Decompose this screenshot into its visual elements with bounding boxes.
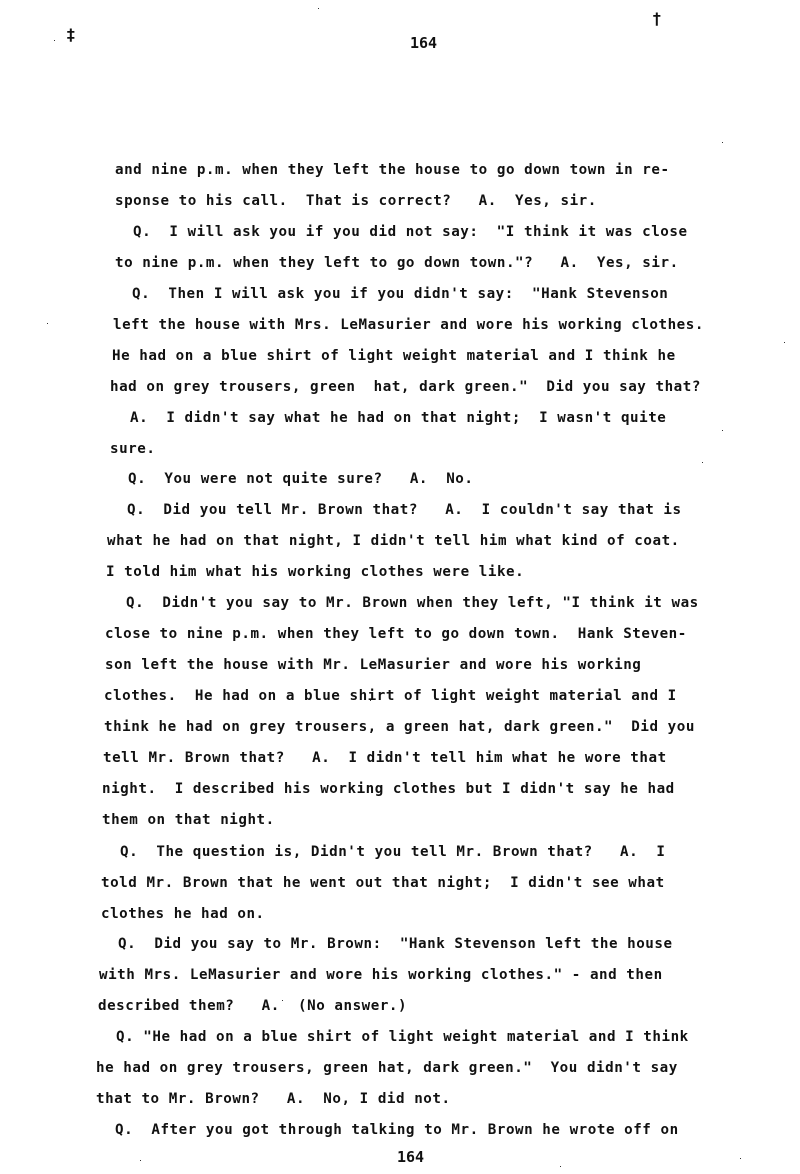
transcript-line: described them? A. (No answer.) <box>98 997 407 1015</box>
scan-speck <box>54 40 55 41</box>
transcript-line: Q. After you got through talking to Mr. … <box>115 1121 679 1139</box>
transcript-line: Q. Didn't you say to Mr. Brown when they… <box>126 594 699 612</box>
transcript-line: that to Mr. Brown? A. No, I did not. <box>96 1090 451 1108</box>
transcript-line: clothes he had on. <box>101 905 265 923</box>
scan-speck <box>722 142 723 143</box>
transcript-line: had on grey trousers, green hat, dark gr… <box>110 378 701 396</box>
scan-speck <box>47 323 48 324</box>
transcript-page: ‡ † 164 and nine p.m. when they left the… <box>0 0 800 1174</box>
transcript-line: He had on a blue shirt of light weight m… <box>112 347 676 365</box>
transcript-line: A. I didn't say what he had on that nigh… <box>130 409 666 427</box>
transcript-line: night. I described his working clothes b… <box>102 780 675 798</box>
transcript-line: Q. "He had on a blue shirt of light weig… <box>116 1028 689 1046</box>
transcript-line: them on that night. <box>102 811 275 829</box>
transcript-line: think he had on grey trousers, a green h… <box>104 718 695 736</box>
transcript-line: sponse to his call. That is correct? A. … <box>115 192 597 210</box>
scan-speck <box>370 700 371 701</box>
margin-mark-right-icon: † <box>652 11 662 27</box>
transcript-line: he had on grey trousers, green hat, dark… <box>96 1059 678 1077</box>
page-number-top: 164 <box>410 34 437 52</box>
scan-speck <box>282 1000 283 1001</box>
scan-speck <box>560 1166 561 1167</box>
transcript-line: I told him what his working clothes were… <box>106 563 524 581</box>
transcript-line: Q. I will ask you if you did not say: "I… <box>133 223 688 241</box>
transcript-line: sure. <box>110 440 155 458</box>
transcript-line: and nine p.m. when they left the house t… <box>115 161 670 179</box>
transcript-line: clothes. He had on a blue shirt of light… <box>104 687 677 705</box>
transcript-line: what he had on that night, I didn't tell… <box>107 532 680 550</box>
scan-speck <box>784 342 785 343</box>
scan-speck <box>722 430 723 431</box>
transcript-line: told Mr. Brown that he went out that nig… <box>101 874 665 892</box>
transcript-line: son left the house with Mr. LeMasurier a… <box>105 656 641 674</box>
page-number-bottom: 164 <box>397 1148 424 1166</box>
scan-speck <box>702 462 703 463</box>
transcript-line: Q. The question is, Didn't you tell Mr. … <box>120 843 666 861</box>
scan-speck <box>318 8 319 9</box>
transcript-line: to nine p.m. when they left to go down t… <box>115 254 679 272</box>
margin-mark-left-icon: ‡ <box>66 27 76 43</box>
scan-speck <box>740 1158 741 1159</box>
transcript-line: Q. You were not quite sure? A. No. <box>128 470 473 488</box>
transcript-line: left the house with Mrs. LeMasurier and … <box>113 316 704 334</box>
transcript-line: with Mrs. LeMasurier and wore his workin… <box>99 966 663 984</box>
transcript-line: close to nine p.m. when they left to go … <box>105 625 687 643</box>
transcript-line: Q. Then I will ask you if you didn't say… <box>132 285 668 303</box>
transcript-line: Q. Did you tell Mr. Brown that? A. I cou… <box>127 501 682 519</box>
transcript-line: tell Mr. Brown that? A. I didn't tell hi… <box>103 749 667 767</box>
transcript-line: Q. Did you say to Mr. Brown: "Hank Steve… <box>118 935 673 953</box>
scan-speck <box>140 1160 141 1161</box>
